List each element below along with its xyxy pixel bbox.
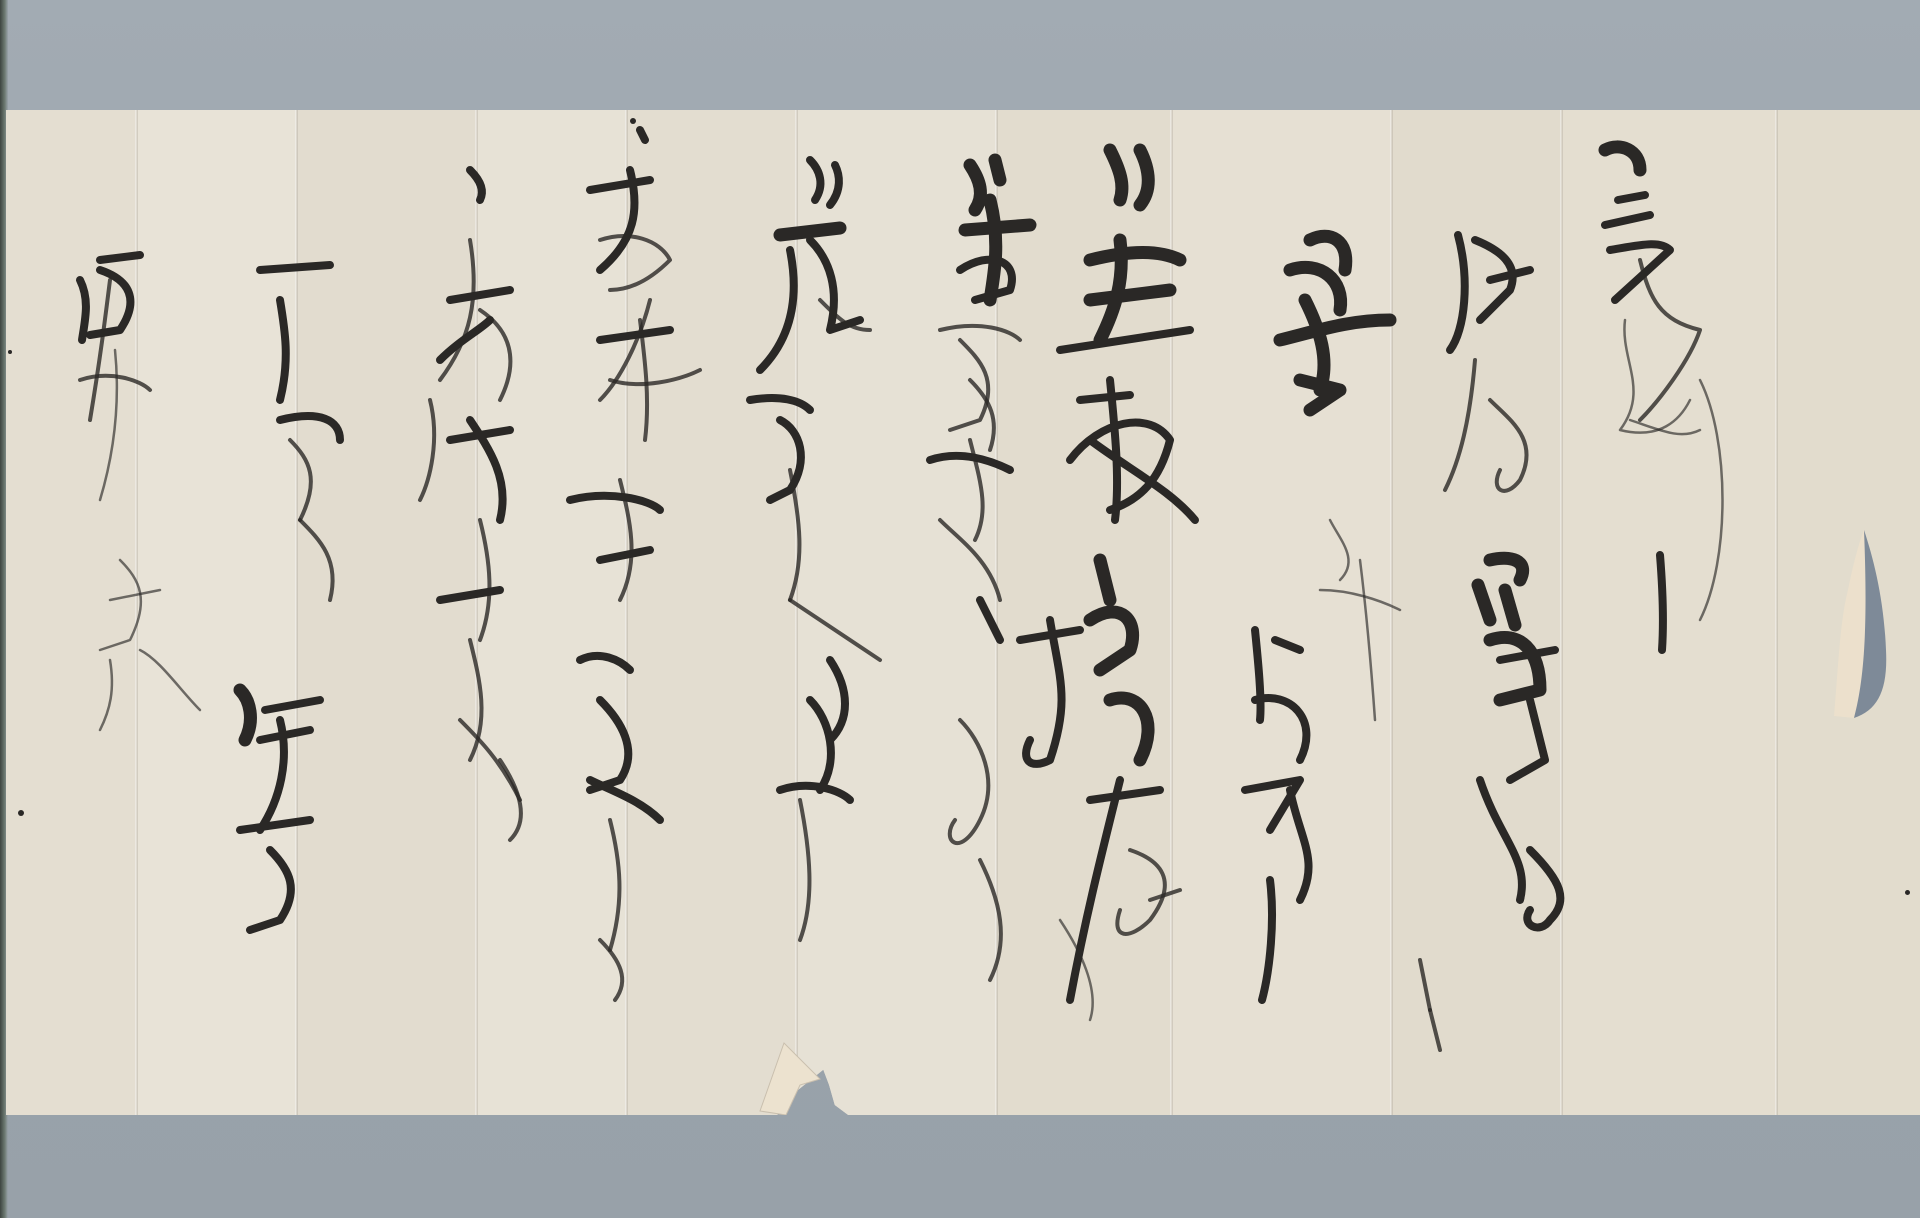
fold-crease — [1170, 110, 1173, 1115]
ink-speck — [8, 350, 12, 354]
paper-panel — [476, 110, 626, 1115]
paper-panel — [296, 110, 476, 1115]
fold-crease — [475, 110, 478, 1115]
paper-panel — [626, 110, 796, 1115]
letter-paper: Japanese cursive brush calligraphy (sosh… — [6, 110, 1920, 1115]
paper-panel — [796, 110, 996, 1115]
ink-speck — [18, 810, 24, 816]
paper-panel — [136, 110, 296, 1115]
fold-crease — [1390, 110, 1393, 1115]
fold-crease — [295, 110, 298, 1115]
fold-crease — [625, 110, 628, 1115]
fold-crease — [995, 110, 998, 1115]
fold-crease — [1775, 110, 1778, 1115]
paper-panel — [1171, 110, 1391, 1115]
fold-crease — [135, 110, 138, 1115]
ink-speck — [1905, 890, 1910, 895]
paper-panel — [6, 110, 136, 1115]
paper-panel — [996, 110, 1171, 1115]
torn-corner-flap — [756, 1035, 836, 1115]
paper-panel — [1561, 110, 1776, 1115]
paper-panel — [1391, 110, 1561, 1115]
fold-crease — [795, 110, 798, 1115]
mount-background: Japanese cursive brush calligraphy (sosh… — [0, 0, 1920, 1218]
fold-crease — [1560, 110, 1563, 1115]
ink-speck — [630, 118, 636, 124]
torn-hole — [1834, 530, 1888, 720]
